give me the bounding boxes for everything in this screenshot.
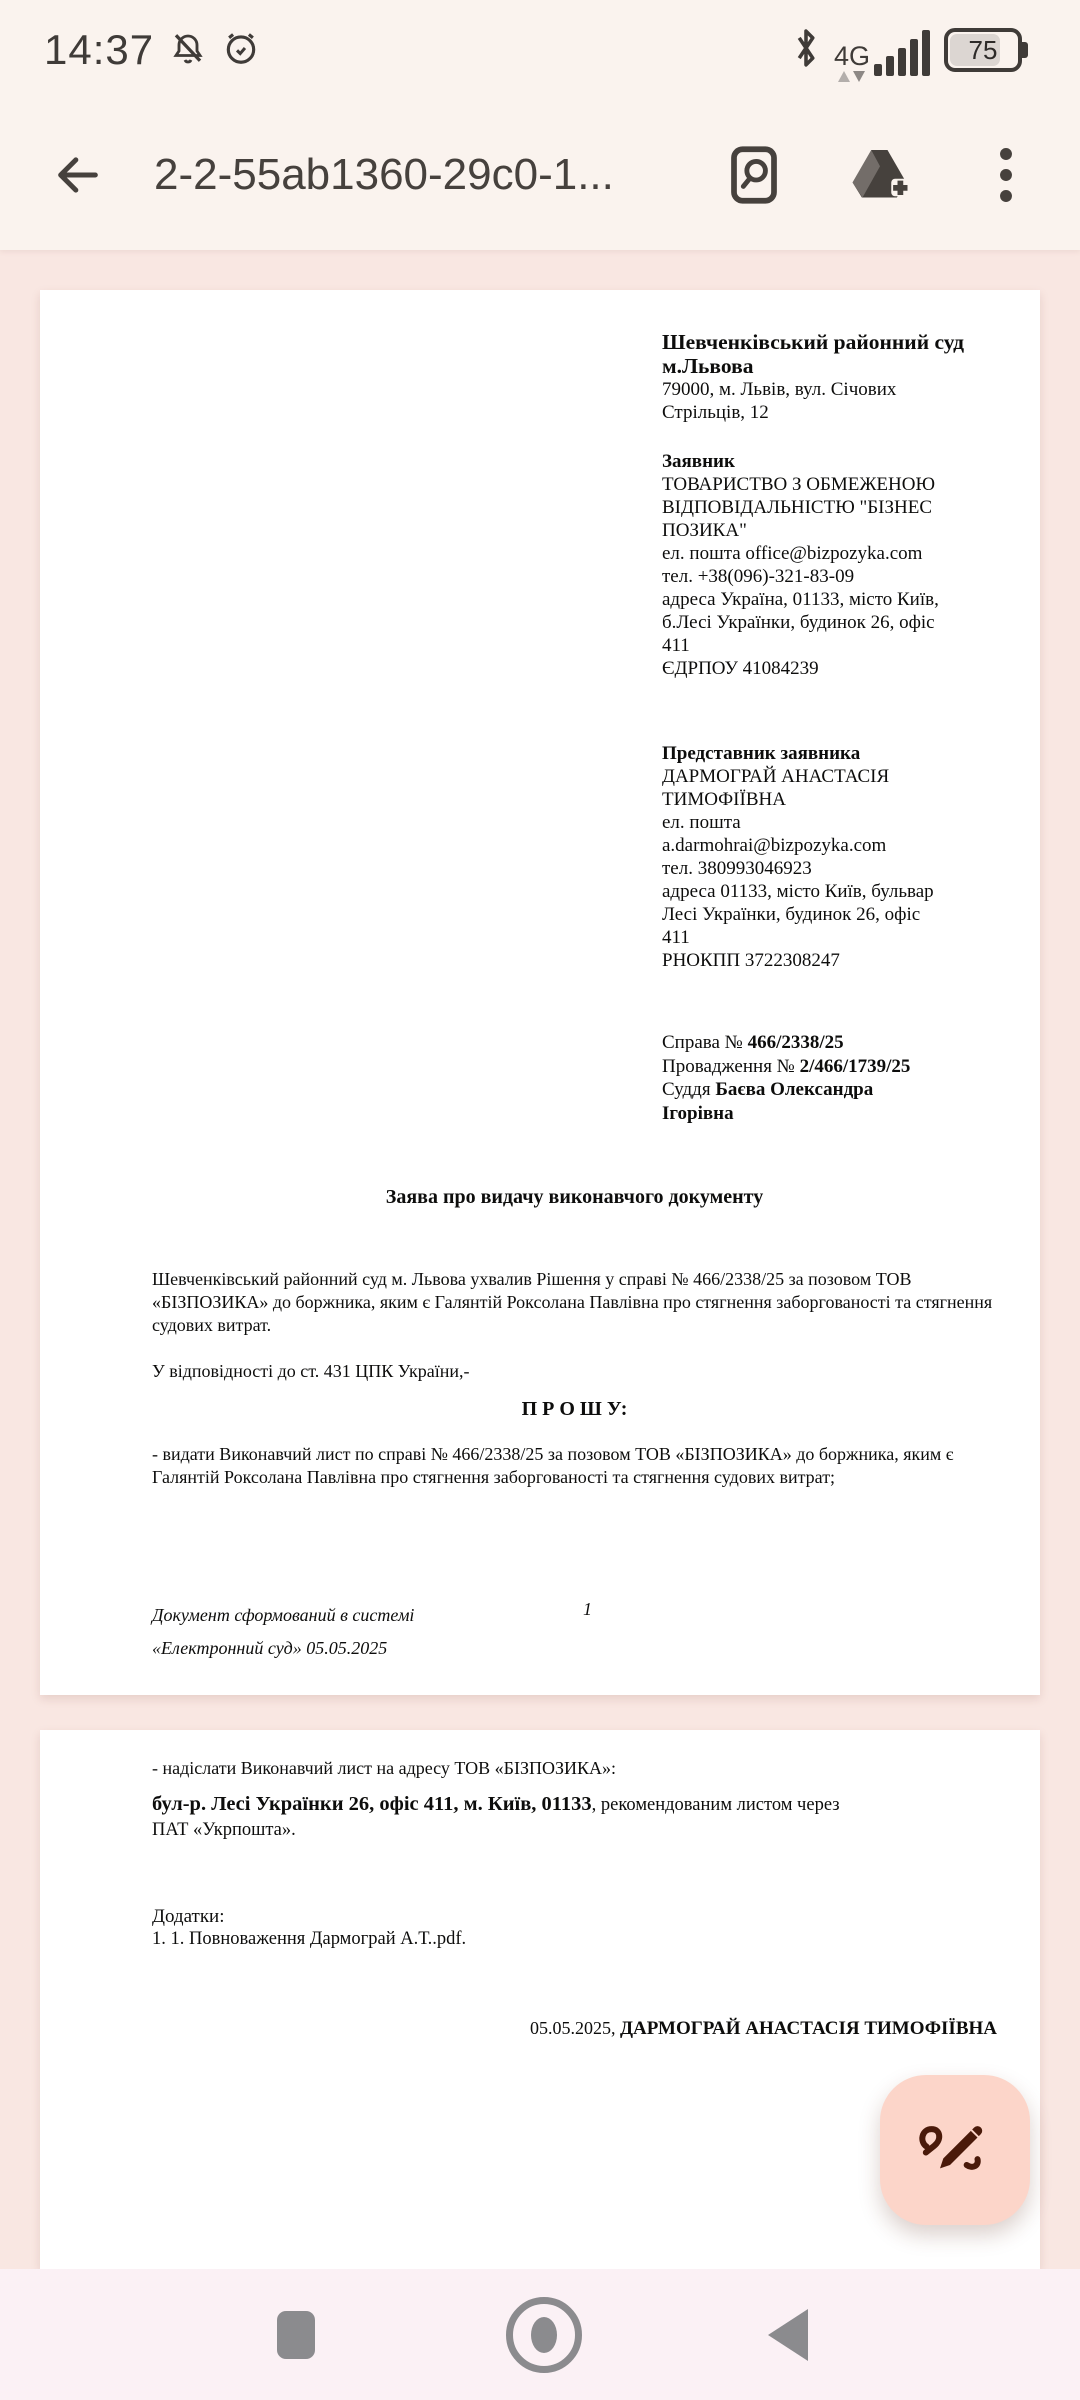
- recents-button[interactable]: [236, 2269, 356, 2400]
- court-name-line: м.Львова: [662, 354, 1014, 378]
- applicant-line: ТОВАРИСТВО З ОБМЕЖЕНОЮ: [662, 473, 1014, 496]
- paragraph: Шевченківський районний суд м. Львова ух…: [152, 1268, 997, 1337]
- paragraph: У відповідності до ст. 431 ЦПК України,-: [152, 1360, 997, 1383]
- add-to-drive-button[interactable]: [850, 145, 910, 205]
- mobile-network-indicator: 4G: [834, 18, 930, 82]
- network-activity-arrows-icon: [838, 71, 865, 82]
- find-in-page-icon: [727, 145, 781, 205]
- send-item: - надіслати Виконавчий лист на адресу ТО…: [152, 1756, 997, 1780]
- footer-note: Документ сформований в системі «Електрон…: [152, 1599, 414, 1665]
- muted-bell-icon: [170, 29, 206, 72]
- representative-line: a.darmohrai@bizpozyka.com: [662, 834, 1014, 857]
- representative-line: РНОКПП 3722308247: [662, 949, 1014, 972]
- attachments-block: Додатки: 1. 1. Повноваження Дармограй А.…: [152, 1906, 997, 1950]
- nav-back-triangle-icon: [768, 2309, 808, 2361]
- judge-line: Ігорівна: [662, 1102, 1014, 1126]
- signal-strength-icon: [874, 18, 930, 82]
- alarm-icon: [222, 29, 260, 72]
- case-number-line: Справа № 466/2338/25: [662, 1031, 1014, 1055]
- court-address-line: Стрільців, 12: [662, 401, 1014, 424]
- applicant-line: ПОЗИКА": [662, 519, 1014, 542]
- representative-line: 411: [662, 926, 1014, 949]
- applicant-line: ЄДРПОУ 41084239: [662, 657, 1014, 680]
- representative-label: Представник заявника: [662, 742, 1014, 765]
- recents-square-icon: [277, 2311, 315, 2359]
- signature-fab[interactable]: [880, 2075, 1030, 2225]
- overflow-menu-icon: [999, 147, 1013, 203]
- back-arrow-icon: [52, 149, 104, 201]
- network-type-label: 4G: [834, 43, 870, 69]
- applicant-line: б.Лесі Українки, будинок 26, офіс: [662, 611, 1014, 634]
- nav-back-button[interactable]: [728, 2269, 848, 2400]
- request-heading: П Р О Ш У:: [152, 1398, 997, 1421]
- overflow-menu-button[interactable]: [976, 145, 1036, 205]
- court-address-block: Шевченківський районний суд м.Львова 790…: [662, 330, 1014, 424]
- signature-line: 05.05.2025, ДАРМОГРАЙ АНАСТАСІЯ ТИМОФІЇВ…: [152, 2018, 997, 2040]
- attachments-label: Додатки:: [152, 1906, 997, 1928]
- home-circle-icon: [506, 2297, 582, 2373]
- judge-line: Суддя Баєва Олександра: [662, 1078, 1014, 1102]
- representative-line: ел. пошта: [662, 811, 1014, 834]
- applicant-block: Заявник ТОВАРИСТВО З ОБМЕЖЕНОЮ ВІДПОВІДА…: [662, 450, 1014, 680]
- applicant-label: Заявник: [662, 450, 1014, 473]
- system-nav-bar: [0, 2269, 1080, 2400]
- applicant-line: адреса Україна, 01133, місто Київ,: [662, 588, 1014, 611]
- request-item: - видати Виконавчий лист по справі № 466…: [152, 1443, 997, 1489]
- bluetooth-icon: [792, 26, 820, 75]
- proceeding-number-line: Провадження № 2/466/1739/25: [662, 1055, 1014, 1079]
- pdf-page-1: Шевченківський районний суд м.Львова 790…: [40, 290, 1040, 1695]
- status-time: 14:37: [44, 26, 154, 74]
- court-name-line: Шевченківський районний суд: [662, 330, 1014, 354]
- page-number: 1: [583, 1599, 592, 1620]
- signature-pen-icon: [915, 2110, 995, 2190]
- applicant-line: 411: [662, 634, 1014, 657]
- add-to-drive-icon: [850, 145, 910, 205]
- representative-line: Лесі Українки, будинок 26, офіс: [662, 903, 1014, 926]
- court-address-line: 79000, м. Львів, вул. Січових: [662, 378, 1014, 401]
- applicant-line: тел. +38(096)-321-83-09: [662, 565, 1014, 588]
- battery-icon: 75: [944, 28, 1022, 72]
- representative-line: адреса 01133, місто Київ, бульвар: [662, 880, 1014, 903]
- case-info-block: Справа № 466/2338/25 Провадження № 2/466…: [662, 1031, 1014, 1125]
- representative-block: Представник заявника ДАРМОГРАЙ АНАСТАСІЯ…: [662, 742, 1014, 972]
- find-in-page-button[interactable]: [724, 145, 784, 205]
- address-paragraph: бул-р. Лесі Українки 26, офіс 411, м. Ки…: [152, 1792, 1012, 1843]
- back-button[interactable]: [48, 145, 108, 205]
- home-button[interactable]: [484, 2269, 604, 2400]
- battery-percent-label: 75: [969, 35, 998, 66]
- representative-line: тел. 380993046923: [662, 857, 1014, 880]
- representative-line: ДАРМОГРАЙ АНАСТАСІЯ: [662, 765, 1014, 788]
- representative-line: ТИМОФІЇВНА: [662, 788, 1014, 811]
- applicant-line: ВІДПОВІДАЛЬНІСТЮ "БІЗНЕС: [662, 496, 1014, 519]
- attachment-item: 1. 1. Повноваження Дармограй А.Т..pdf.: [152, 1928, 997, 1950]
- pdf-viewer[interactable]: Шевченківський районний суд м.Львова 790…: [0, 250, 1080, 2269]
- document-heading: Заява про видачу виконавчого документу: [152, 1186, 997, 1209]
- document-title: 2-2-55ab1360-29c0-1...: [154, 150, 724, 200]
- applicant-line: ел. пошта office@bizpozyka.com: [662, 542, 1014, 565]
- status-bar: 14:37 4G: [0, 0, 1080, 100]
- app-toolbar: 2-2-55ab1360-29c0-1...: [0, 100, 1080, 250]
